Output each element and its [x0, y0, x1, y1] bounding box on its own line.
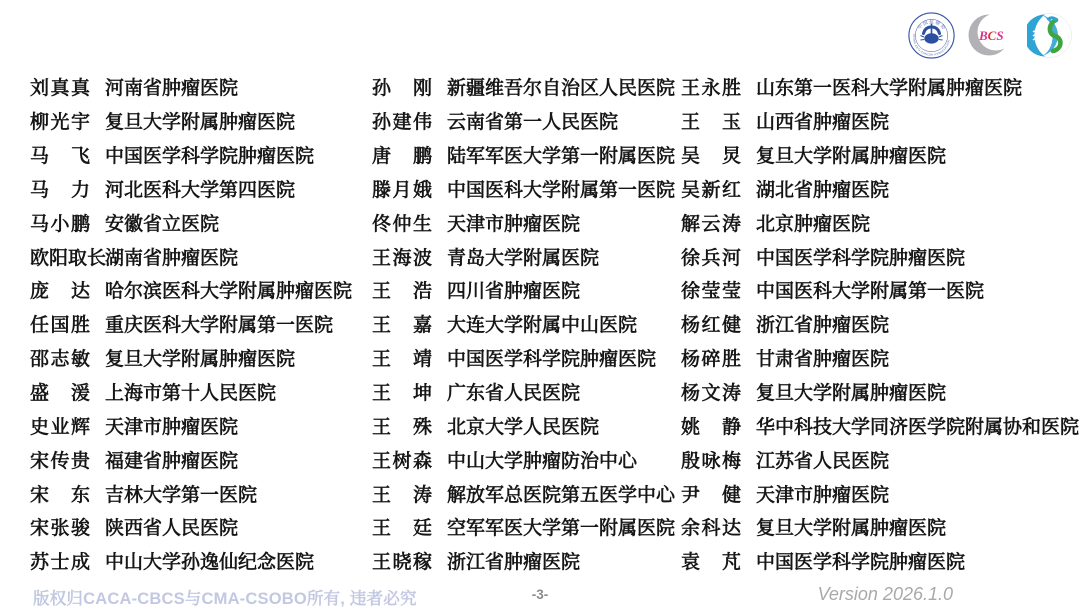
member-affiliation: 中山大学肿瘤防治中心	[447, 446, 637, 473]
member-name: 王 廷	[372, 513, 432, 540]
committee-entry: 王 廷空军军医大学第一附属医院	[372, 510, 675, 544]
member-affiliation: 空军军医大学第一附属医院	[447, 513, 675, 540]
committee-entry: 史业辉天津市肿瘤医院	[30, 408, 352, 442]
member-name: 孙 刚	[372, 73, 432, 100]
committee-entry: 唐 鹏陆军军医大学第一附属医院	[372, 138, 675, 172]
member-affiliation: 云南省第一人民医院	[447, 107, 618, 134]
member-name: 盛 湲	[30, 378, 90, 405]
committee-entry: 吴新红湖北省肿瘤医院	[681, 172, 1079, 206]
member-affiliation: 复旦大学附属肿瘤医院	[105, 344, 295, 371]
committee-entry: 王晓稼浙江省肿瘤医院	[372, 544, 675, 578]
committee-entry: 滕月娥中国医科大学附属第一医院	[372, 172, 675, 206]
committee-entry: 宋传贵福建省肿瘤医院	[30, 442, 352, 476]
member-affiliation: 中国医学科学院肿瘤医院	[105, 141, 314, 168]
committee-entry: 徐兵河中国医学科学院肿瘤医院	[681, 239, 1079, 273]
committee-entry: 马 飞中国医学科学院肿瘤医院	[30, 138, 352, 172]
committee-entry: 杨文涛复旦大学附属肿瘤医院	[681, 375, 1079, 409]
member-name: 尹 健	[681, 480, 741, 507]
member-name: 宋张骏	[30, 513, 90, 540]
member-affiliation: 中国医学科学院肿瘤医院	[756, 547, 965, 574]
member-name: 滕月娥	[372, 175, 432, 202]
committee-entry: 孙建伟云南省第一人民医院	[372, 104, 675, 138]
member-name: 杨碎胜	[681, 344, 741, 371]
member-affiliation: 福建省肿瘤医院	[105, 446, 238, 473]
bcs-wordmark: BCS	[978, 28, 1004, 43]
member-affiliation: 青岛大学附属医院	[447, 243, 599, 270]
member-affiliation: 河南省肿瘤医院	[105, 73, 238, 100]
committee-entry: 王 玉山西省肿瘤医院	[681, 104, 1079, 138]
committee-entry: 杨碎胜甘肃省肿瘤医院	[681, 341, 1079, 375]
member-name: 姚 静	[681, 412, 741, 439]
committee-entry: 马 力河北医科大学第四医院	[30, 172, 352, 206]
committee-entry: 殷咏梅江苏省人民医院	[681, 442, 1079, 476]
member-name: 史业辉	[30, 412, 90, 439]
member-name: 徐兵河	[681, 243, 741, 270]
copyright-text: 版权归CACA-CBCS与CMA-CSOBO所有, 违者必究	[33, 585, 417, 609]
committee-entry: 欧阳取长湖南省肿瘤医院	[30, 239, 352, 273]
member-name: 吴 炅	[681, 141, 741, 168]
committee-entry: 王 浩四川省肿瘤医院	[372, 273, 675, 307]
committee-entry: 马小鹏安徽省立医院	[30, 205, 352, 239]
member-affiliation: 中国医学科学院肿瘤医院	[756, 243, 965, 270]
member-affiliation: 中国医科大学附属第一医院	[756, 276, 984, 303]
page-number: -3-	[532, 587, 549, 602]
committee-column-1: 刘真真河南省肿瘤医院柳光宇复旦大学附属肿瘤医院马 飞中国医学科学院肿瘤医院马 力…	[30, 70, 352, 578]
member-affiliation: 浙江省肿瘤医院	[447, 547, 580, 574]
member-name: 欧阳取长	[30, 243, 90, 270]
member-name: 杨文涛	[681, 378, 741, 405]
committee-entry: 解云涛北京肿瘤医院	[681, 205, 1079, 239]
member-name: 佟仲生	[372, 209, 432, 236]
member-name: 马 飞	[30, 141, 90, 168]
member-affiliation: 上海市第十人民医院	[105, 378, 276, 405]
member-affiliation: 广东省人民医院	[447, 378, 580, 405]
member-affiliation: 四川省肿瘤医院	[447, 276, 580, 303]
member-name: 孙建伟	[372, 107, 432, 134]
member-name: 解云涛	[681, 209, 741, 236]
committee-entry: 袁 芃中国医学科学院肿瘤医院	[681, 544, 1079, 578]
logo-row: 中国抗癌协会 CHINA ANTI-CANCER ASSOCIATION	[908, 11, 1072, 59]
bcs-logo: BCS	[968, 11, 1014, 59]
member-affiliation: 陆军军医大学第一附属医院	[447, 141, 675, 168]
member-affiliation: 中国医学科学院肿瘤医院	[447, 344, 656, 371]
member-name: 殷咏梅	[681, 446, 741, 473]
member-name: 杨红健	[681, 310, 741, 337]
member-name: 王 靖	[372, 344, 432, 371]
member-name: 王树森	[372, 446, 432, 473]
caca-logo: 中国抗癌协会 CHINA ANTI-CANCER ASSOCIATION	[908, 12, 955, 59]
member-affiliation: 天津市肿瘤医院	[756, 480, 889, 507]
member-affiliation: 北京肿瘤医院	[756, 209, 870, 236]
member-name: 柳光宇	[30, 107, 90, 134]
member-name: 王 浩	[372, 276, 432, 303]
member-name: 王永胜	[681, 73, 741, 100]
committee-entry: 刘真真河南省肿瘤医院	[30, 70, 352, 104]
version-text: Version 2026.1.0	[818, 584, 953, 605]
committee-entry: 宋张骏陕西省人民医院	[30, 510, 352, 544]
committee-entry: 杨红健浙江省肿瘤医院	[681, 307, 1079, 341]
committee-entry: 宋 东吉林大学第一医院	[30, 476, 352, 510]
committee-entry: 余科达复旦大学附属肿瘤医院	[681, 510, 1079, 544]
committee-entry: 吴 炅复旦大学附属肿瘤医院	[681, 138, 1079, 172]
member-affiliation: 重庆医科大学附属第一医院	[105, 310, 333, 337]
committee-entry: 孙 刚新疆维吾尔自治区人民医院	[372, 70, 675, 104]
committee-entry: 姚 静华中科技大学同济医学院附属协和医院	[681, 408, 1079, 442]
member-name: 宋 东	[30, 480, 90, 507]
member-affiliation: 安徽省立医院	[105, 209, 219, 236]
committee-entry: 王海波青岛大学附属医院	[372, 239, 675, 273]
committee-column-3: 王永胜山东第一医科大学附属肿瘤医院王 玉山西省肿瘤医院吴 炅复旦大学附属肿瘤医院…	[681, 70, 1079, 578]
committee-entry: 柳光宇复旦大学附属肿瘤医院	[30, 104, 352, 138]
member-affiliation: 山西省肿瘤医院	[756, 107, 889, 134]
member-name: 庞 达	[30, 276, 90, 303]
member-affiliation: 中山大学孙逸仙纪念医院	[105, 547, 314, 574]
member-affiliation: 天津市肿瘤医院	[105, 412, 238, 439]
committee-entry: 徐莹莹中国医科大学附属第一医院	[681, 273, 1079, 307]
member-affiliation: 复旦大学附属肿瘤医院	[756, 513, 946, 540]
committee-entry: 佟仲生天津市肿瘤医院	[372, 205, 675, 239]
member-affiliation: 解放军总医院第五医学中心	[447, 480, 675, 507]
member-affiliation: 中国医科大学附属第一医院	[447, 175, 675, 202]
slide: 中国抗癌协会 CHINA ANTI-CANCER ASSOCIATION	[0, 0, 1080, 610]
member-affiliation: 吉林大学第一医院	[105, 480, 257, 507]
member-affiliation: 华中科技大学同济医学院附属协和医院	[756, 412, 1079, 439]
member-affiliation: 哈尔滨医科大学附属肿瘤医院	[105, 276, 352, 303]
committee-entry: 王永胜山东第一医科大学附属肿瘤医院	[681, 70, 1079, 104]
committee-entry: 王 嘉大连大学附属中山医院	[372, 307, 675, 341]
member-affiliation: 复旦大学附属肿瘤医院	[756, 378, 946, 405]
member-name: 王 玉	[681, 107, 741, 134]
member-name: 王 殊	[372, 412, 432, 439]
committee-column-2: 孙 刚新疆维吾尔自治区人民医院孙建伟云南省第一人民医院唐 鹏陆军军医大学第一附属…	[372, 70, 675, 578]
committee-entry: 邵志敏复旦大学附属肿瘤医院	[30, 341, 352, 375]
member-affiliation: 甘肃省肿瘤医院	[756, 344, 889, 371]
member-name: 余科达	[681, 513, 741, 540]
committee-entry: 苏士成中山大学孙逸仙纪念医院	[30, 544, 352, 578]
member-affiliation: 湖北省肿瘤医院	[756, 175, 889, 202]
member-affiliation: 大连大学附属中山医院	[447, 310, 637, 337]
member-affiliation: 新疆维吾尔自治区人民医院	[447, 73, 675, 100]
member-affiliation: 山东第一医科大学附属肿瘤医院	[756, 73, 1022, 100]
member-name: 马小鹏	[30, 209, 90, 236]
member-name: 王晓稼	[372, 547, 432, 574]
member-affiliation: 陕西省人民医院	[105, 513, 238, 540]
member-name: 刘真真	[30, 73, 90, 100]
member-name: 王海波	[372, 243, 432, 270]
member-affiliation: 复旦大学附属肿瘤医院	[105, 107, 295, 134]
member-name: 王 涛	[372, 480, 432, 507]
committee-entry: 庞 达哈尔滨医科大学附属肿瘤医院	[30, 273, 352, 307]
member-name: 唐 鹏	[372, 141, 432, 168]
member-name: 吴新红	[681, 175, 741, 202]
member-name: 袁 芃	[681, 547, 741, 574]
committee-entry: 王树森中山大学肿瘤防治中心	[372, 442, 675, 476]
member-name: 苏士成	[30, 547, 90, 574]
member-affiliation: 江苏省人民医院	[756, 446, 889, 473]
member-name: 徐莹莹	[681, 276, 741, 303]
member-name: 邵志敏	[30, 344, 90, 371]
member-affiliation: 北京大学人民医院	[447, 412, 599, 439]
committee-entry: 王 涛解放军总医院第五医学中心	[372, 476, 675, 510]
member-name: 任国胜	[30, 310, 90, 337]
member-affiliation: 湖南省肿瘤医院	[105, 243, 238, 270]
member-affiliation: 复旦大学附属肿瘤医院	[756, 141, 946, 168]
member-name: 王 嘉	[372, 310, 432, 337]
member-affiliation: 河北医科大学第四医院	[105, 175, 295, 202]
member-name: 马 力	[30, 175, 90, 202]
committee-entry: 尹 健天津市肿瘤医院	[681, 476, 1079, 510]
csobo-logo	[1027, 13, 1072, 58]
member-name: 宋传贵	[30, 446, 90, 473]
member-affiliation: 天津市肿瘤医院	[447, 209, 580, 236]
committee-entry: 王 靖中国医学科学院肿瘤医院	[372, 341, 675, 375]
committee-entry: 王 坤广东省人民医院	[372, 375, 675, 409]
member-affiliation: 浙江省肿瘤医院	[756, 310, 889, 337]
member-name: 王 坤	[372, 378, 432, 405]
committee-entry: 盛 湲上海市第十人民医院	[30, 375, 352, 409]
committee-entry: 王 殊北京大学人民医院	[372, 408, 675, 442]
committee-entry: 任国胜重庆医科大学附属第一医院	[30, 307, 352, 341]
